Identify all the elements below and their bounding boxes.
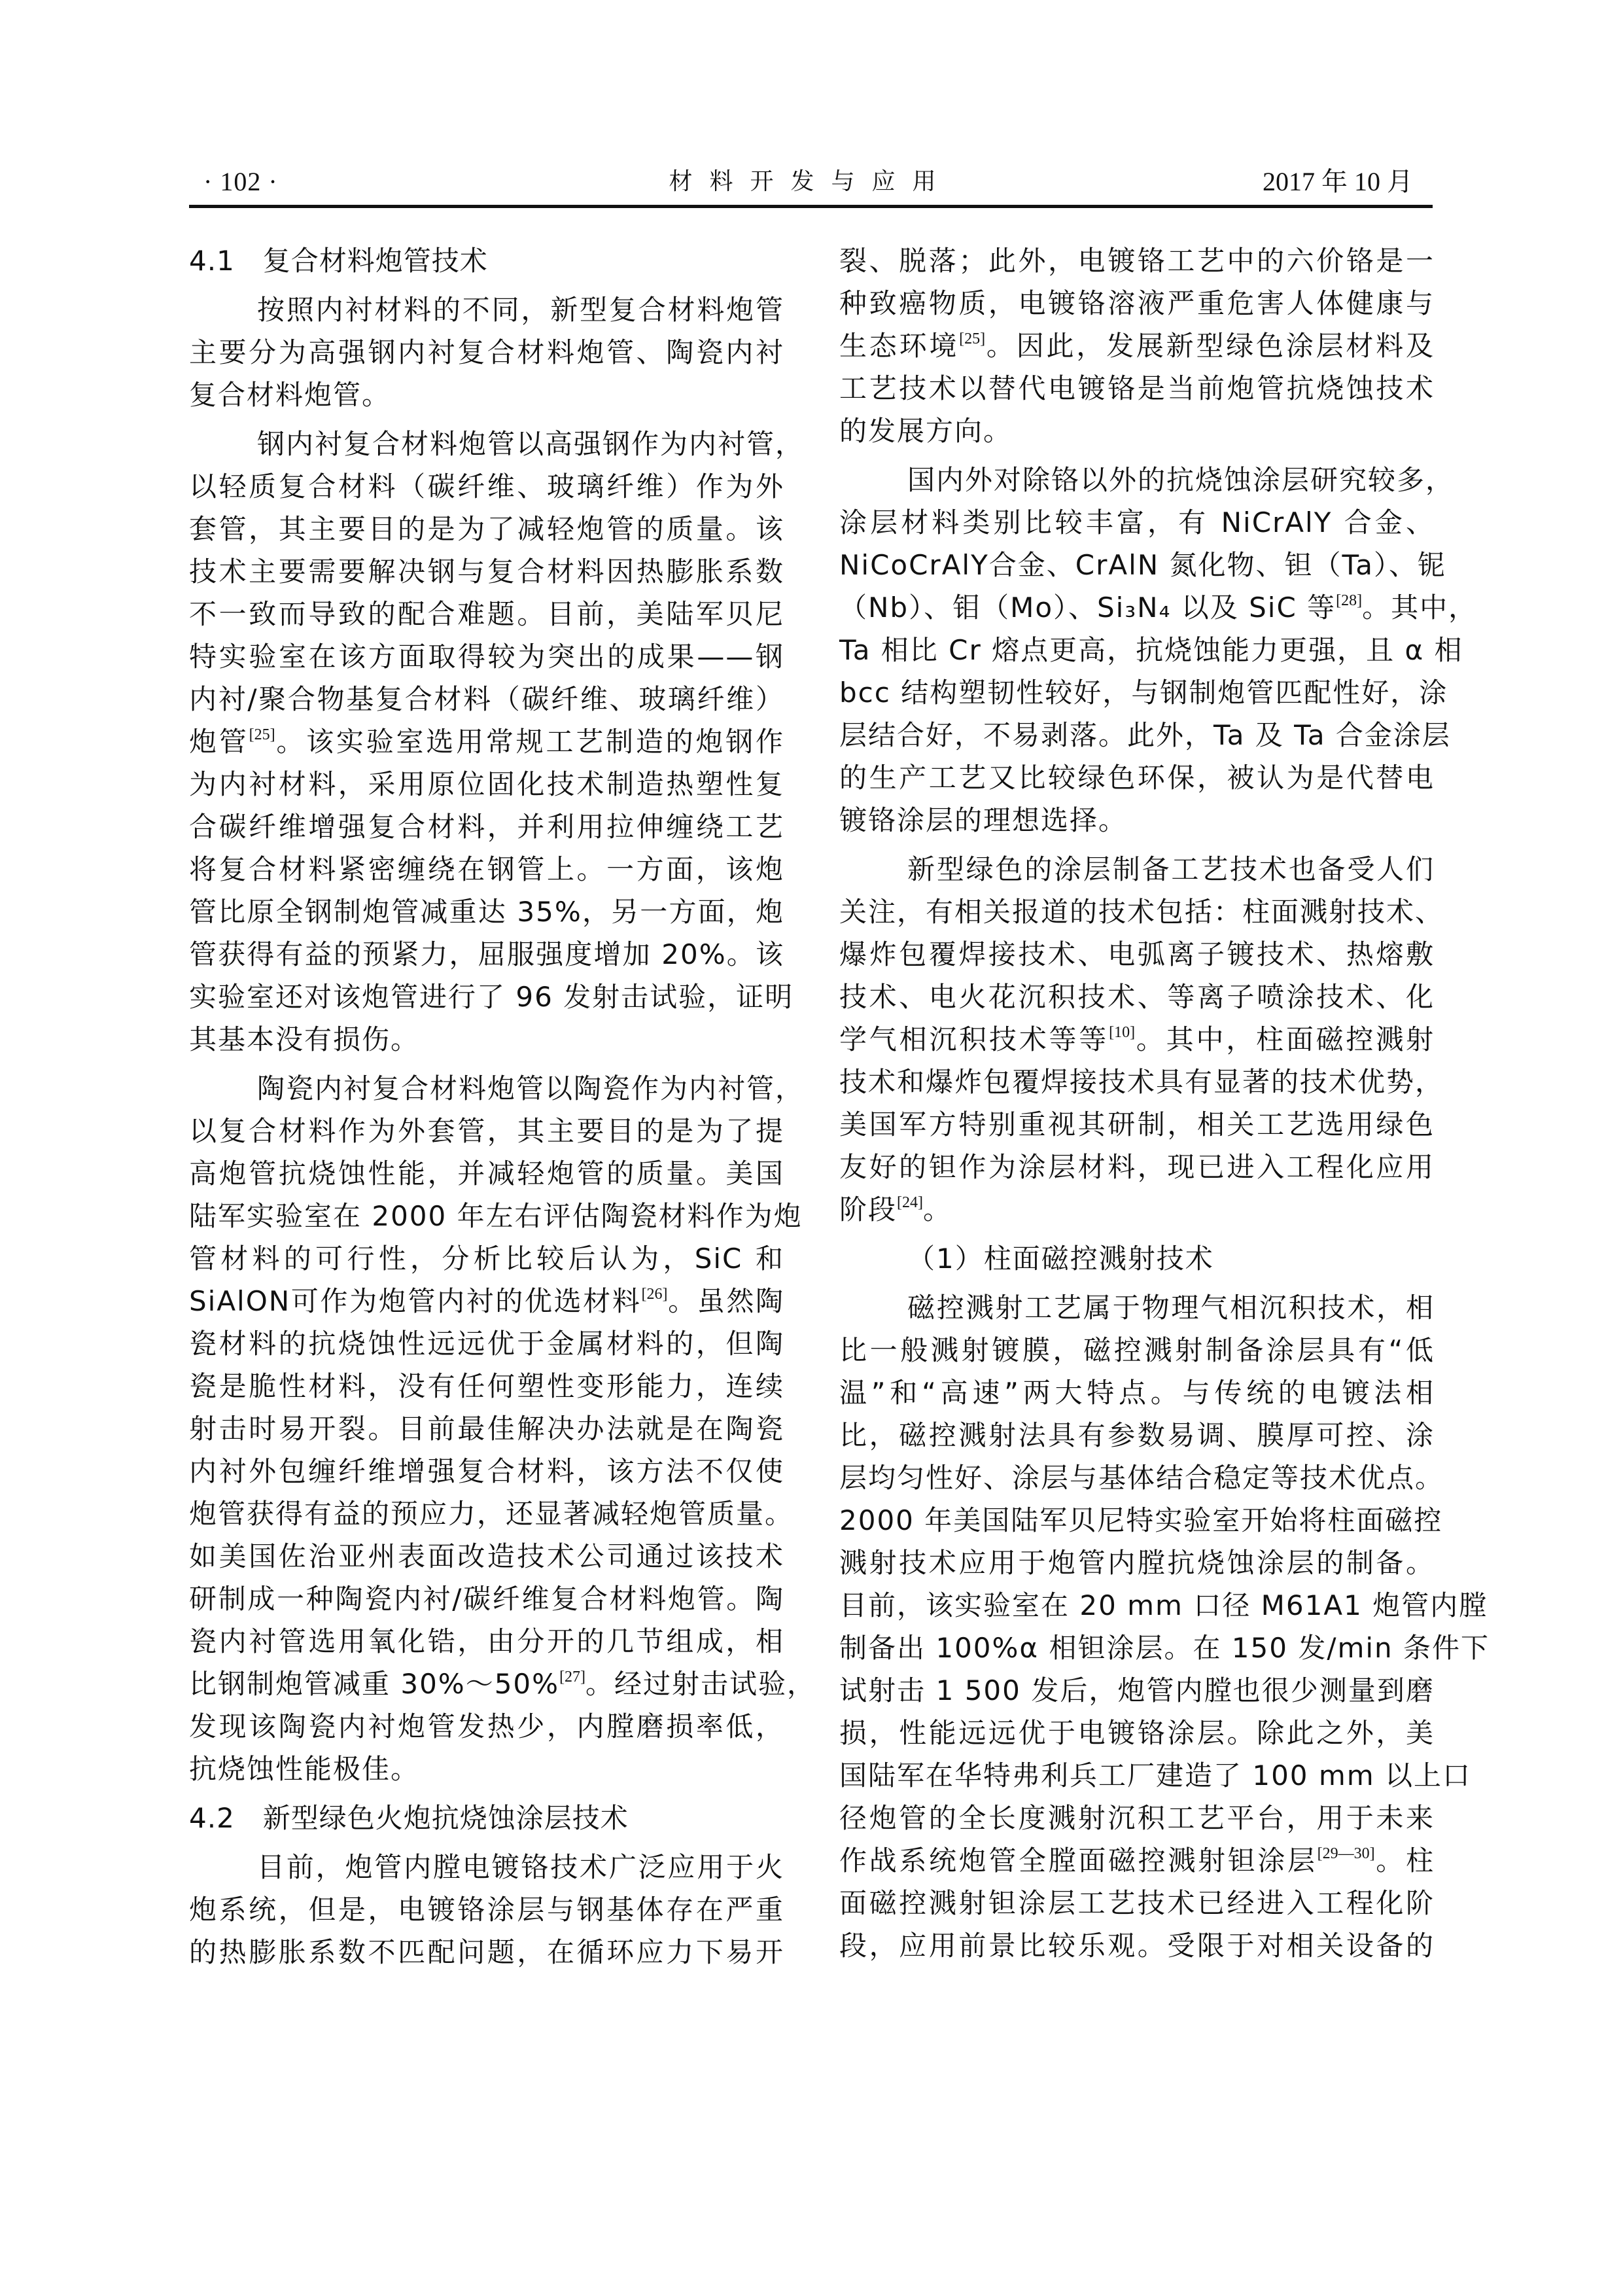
line-text: 技术和爆炸包覆焊接技术具有显著的技术优势， — [839, 1066, 1444, 1098]
line-text: bcc 结构塑韧性较好，与钢制炮管匹配性好，涂 — [839, 677, 1448, 709]
line-text: NiCoCrAlY合金、CrAlN 氮化物、钽（Ta）、铌 — [839, 549, 1446, 581]
line-text: 涂层材料类别比较丰富，有 NiCrAlY 合金、 — [839, 506, 1435, 539]
line-text: 炮系统，但是，电镀铬涂层与钢基体存在严重 — [189, 1894, 784, 1926]
text-line: 磁控溅射工艺属于物理气相沉积技术，相 — [839, 1286, 1435, 1329]
text-line: 陆军实验室在 2000 年左右评估陶瓷材料作为炮 — [189, 1195, 784, 1237]
text-line: 爆炸包覆焊接技术、电弧离子镀技术、热熔敷 — [839, 933, 1435, 976]
line-text: 比钢制炮管减重 30%～50% — [189, 1668, 559, 1700]
subsection-heading: （1）柱面磁控溅射技术 — [839, 1237, 1435, 1280]
text-line: NiCoCrAlY合金、CrAlN 氮化物、钽（Ta）、铌 — [839, 544, 1435, 586]
line-text: 面磁控溅射钽涂层工艺技术已经进入工程化阶 — [839, 1887, 1435, 1919]
line-text: 合碳纤维增强复合材料，并利用拉伸缠绕工艺 — [189, 811, 784, 843]
text-line: 特实验室在该方面取得较为突出的成果——钢 — [189, 635, 784, 678]
text-line: 管材料的可行性，分析比较后认为，SiC 和 — [189, 1237, 784, 1280]
text-line: 技术和爆炸包覆焊接技术具有显著的技术优势， — [839, 1061, 1435, 1103]
citation-ref: [26] — [641, 1286, 667, 1303]
text-line: 径炮管的全长度溅射沉积工艺平台，用于未来 — [839, 1797, 1435, 1839]
line-text: 目前，该实验室在 20 mm 口径 M61A1 炮管内膛 — [839, 1589, 1488, 1621]
citation-ref: [10] — [1109, 1024, 1135, 1041]
text-line: 美国军方特别重视其研制，相关工艺选用绿色 — [839, 1103, 1435, 1146]
line-text: 发现该陶瓷内衬炮管发热少，内膛磨损率低， — [189, 1710, 784, 1742]
line-text: 损，性能远远优于电镀铬涂层。除此之外，美 — [839, 1717, 1435, 1749]
line-text: 以轻质复合材料（碳纤维、玻璃纤维）作为外 — [189, 470, 784, 503]
line-text: 管比原全钢制炮管减重达 35%，另一方面，炮 — [189, 896, 784, 928]
text-line: 管比原全钢制炮管减重达 35%，另一方面，炮 — [189, 891, 784, 933]
line-text: 将复合材料紧密缠绕在钢管上。一方面，该炮 — [189, 853, 784, 885]
text-line: 面磁控溅射钽涂层工艺技术已经进入工程化阶 — [839, 1882, 1435, 1924]
line-text: 管材料的可行性，分析比较后认为，SiC 和 — [189, 1243, 784, 1275]
line-text: 比，磁控溅射法具有参数易调、膜厚可控、涂 — [839, 1419, 1435, 1451]
text-line: （Nb）、钼（Mo）、Si₃N₄ 以及 SiC 等[28]。其中， — [839, 586, 1435, 629]
line-text: 管获得有益的预紧力，屈服强度增加 20%。该 — [189, 938, 784, 970]
text-line: 学气相沉积技术等等[10]。其中，柱面磁控溅射 — [839, 1018, 1435, 1061]
line-text: 温”和“高速”两大特点。与传统的电镀法相 — [839, 1377, 1435, 1409]
line-text: 4.1 复合材料炮管技术 — [189, 245, 488, 277]
text-line: 种致癌物质，电镀铬溶液严重危害人体健康与 — [839, 282, 1435, 325]
citation-ref: [25] — [249, 726, 275, 743]
text-line: 的生产工艺又比较绿色环保，被认为是代替电 — [839, 756, 1435, 799]
text-line: 友好的钽作为涂层材料，现已进入工程化应用 — [839, 1146, 1435, 1188]
citation-ref: [24] — [897, 1194, 923, 1211]
line-text: 陆军实验室在 2000 年左右评估陶瓷材料作为炮 — [189, 1200, 803, 1232]
text-line: 内衬外包缠纤维增强复合材料，该方法不仅使 — [189, 1450, 784, 1492]
line-text: 的生产工艺又比较绿色环保，被认为是代替电 — [839, 762, 1435, 794]
journal-page: · 102 · 材料开发与应用 2017 年 10 月 4.1 复合材料炮管技术… — [0, 0, 1623, 2296]
line-text: 炮管 — [189, 726, 249, 758]
running-header: · 102 · 材料开发与应用 2017 年 10 月 — [189, 164, 1433, 200]
text-line: 管获得有益的预紧力，屈服强度增加 20%。该 — [189, 933, 784, 976]
line-text: 为内衬材料，采用原位固化技术制造热塑性复 — [189, 768, 784, 800]
line-text: 按照内衬材料的不同，新型复合材料炮管 — [257, 294, 784, 326]
section-heading: 4.2 新型绿色火炮抗烧蚀涂层技术 — [189, 1797, 784, 1839]
line-text: 作战系统炮管全膛面磁控溅射钽涂层 — [839, 1845, 1318, 1877]
line-text: 抗烧蚀性能极佳。 — [189, 1753, 419, 1785]
text-line: 高炮管抗烧蚀性能，并减轻炮管的质量。美国 — [189, 1152, 784, 1195]
text-line: 目前，该实验室在 20 mm 口径 M61A1 炮管内膛 — [839, 1584, 1435, 1627]
line-text-continued: 。经过射击试验， — [585, 1668, 816, 1700]
text-line: 比，磁控溅射法具有参数易调、膜厚可控、涂 — [839, 1414, 1435, 1457]
text-line: 裂、脱落；此外，电镀铬工艺中的六价铬是一 — [839, 239, 1435, 282]
text-line: 炮管[25]。该实验室选用常规工艺制造的炮钢作 — [189, 720, 784, 763]
text-line: 2000 年美国陆军贝尼特实验室开始将柱面磁控 — [839, 1499, 1435, 1542]
line-text: 技术主要需要解决钢与复合材料因热膨胀系数 — [189, 556, 784, 588]
line-text-continued: 。其中， — [1362, 592, 1477, 624]
text-line: 瓷材料的抗烧蚀性远远优于金属材料的，但陶 — [189, 1322, 784, 1365]
line-text: 以复合材料作为外套管，其主要目的是为了提 — [189, 1115, 784, 1147]
text-line: 炮管获得有益的预应力，还显著减轻炮管质量。 — [189, 1492, 784, 1535]
text-line: 合碳纤维增强复合材料，并利用拉伸缠绕工艺 — [189, 805, 784, 848]
text-line: 作战系统炮管全膛面磁控溅射钽涂层[29—30]。柱 — [839, 1839, 1435, 1882]
text-line: 技术主要需要解决钢与复合材料因热膨胀系数 — [189, 550, 784, 593]
line-text: 溅射技术应用于炮管内膛抗烧蚀涂层的制备。 — [839, 1547, 1435, 1579]
line-text: 段，应用前景比较乐观。受限于对相关设备的 — [839, 1930, 1435, 1962]
line-text: 试射击 1 500 发后，炮管内膛也很少测量到磨 — [839, 1674, 1435, 1706]
text-line: 生态环境[25]。因此，发展新型绿色涂层材料及 — [839, 325, 1435, 367]
line-text: 复合材料炮管。 — [189, 379, 391, 411]
line-text: 其基本没有损伤。 — [189, 1023, 419, 1055]
text-line: 段，应用前景比较乐观。受限于对相关设备的 — [839, 1924, 1435, 1967]
line-text: 关注，有相关报道的技术包括：柱面溅射技术、 — [839, 896, 1444, 928]
line-text: 生态环境 — [839, 330, 959, 362]
line-text: 径炮管的全长度溅射沉积工艺平台，用于未来 — [839, 1802, 1435, 1834]
section-heading: 4.1 复合材料炮管技术 — [189, 239, 784, 282]
line-text: 新型绿色的涂层制备工艺技术也备受人们 — [907, 853, 1435, 885]
line-text: 射击时易开裂。目前最佳解决办法就是在陶瓷 — [189, 1413, 784, 1445]
text-line: 炮系统，但是，电镀铬涂层与钢基体存在严重 — [189, 1888, 784, 1931]
line-text: 瓷内衬管选用氧化锆，由分开的几节组成，相 — [189, 1625, 784, 1657]
line-text-continued: 。柱 — [1375, 1845, 1435, 1877]
text-line: 复合材料炮管。 — [189, 374, 784, 416]
line-text: 层结合好，不易剥落。此外，Ta 及 Ta 合金涂层 — [839, 719, 1451, 751]
line-text: 的发展方向。 — [839, 415, 1012, 447]
text-line: 国内外对除铬以外的抗烧蚀涂层研究较多， — [839, 459, 1435, 501]
text-line: 涂层材料类别比较丰富，有 NiCrAlY 合金、 — [839, 501, 1435, 544]
line-text: 炮管获得有益的预应力，还显著减轻炮管质量。 — [189, 1498, 794, 1530]
line-text: （Nb）、钼（Mo）、Si₃N₄ 以及 SiC 等 — [839, 592, 1336, 624]
line-text: 套管，其主要目的是为了减轻炮管的质量。该 — [189, 513, 784, 545]
line-text-continued: 。 — [923, 1193, 952, 1226]
line-text: 如美国佐治亚州表面改造技术公司通过该技术 — [189, 1540, 784, 1572]
text-line: 陶瓷内衬复合材料炮管以陶瓷作为内衬管， — [189, 1067, 784, 1110]
line-text: 实验室还对该炮管进行了 96 发射击试验，证明 — [189, 981, 794, 1013]
text-line: 层结合好，不易剥落。此外，Ta 及 Ta 合金涂层 — [839, 714, 1435, 756]
line-text: 镀铬涂层的理想选择。 — [839, 804, 1127, 836]
citation-ref: [29—30] — [1318, 1845, 1375, 1862]
line-text: 目前，炮管内膛电镀铬技术广泛应用于火 — [257, 1851, 784, 1883]
text-line: 以轻质复合材料（碳纤维、玻璃纤维）作为外 — [189, 465, 784, 508]
line-text-continued: 。虽然陶 — [667, 1285, 784, 1317]
citation-ref: [27] — [559, 1669, 585, 1686]
text-line: 瓷内衬管选用氧化锆，由分开的几节组成，相 — [189, 1620, 784, 1663]
line-text: 友好的钽作为涂层材料，现已进入工程化应用 — [839, 1151, 1435, 1183]
line-text: 钢内衬复合材料炮管以高强钢作为内衬管， — [257, 428, 804, 460]
text-line: 内衬/聚合物基复合材料（碳纤维、玻璃纤维） — [189, 678, 784, 720]
text-line: Ta 相比 Cr 熔点更高，抗烧蚀能力更强，且 α 相 — [839, 629, 1435, 671]
line-text: 学气相沉积技术等等 — [839, 1023, 1109, 1055]
line-text: 内衬/聚合物基复合材料（碳纤维、玻璃纤维） — [189, 683, 784, 715]
text-line: 工艺技术以替代电镀铬是当前炮管抗烧蚀技术 — [839, 367, 1435, 410]
text-line: 发现该陶瓷内衬炮管发热少，内膛磨损率低， — [189, 1705, 784, 1748]
text-line: 比钢制炮管减重 30%～50%[27]。经过射击试验， — [189, 1663, 784, 1705]
text-line: 的发展方向。 — [839, 410, 1435, 452]
text-line: 抗烧蚀性能极佳。 — [189, 1748, 784, 1790]
line-text: 瓷材料的抗烧蚀性远远优于金属材料的，但陶 — [189, 1328, 784, 1360]
line-text-continued: 。因此，发展新型绿色涂层材料及 — [985, 330, 1435, 362]
text-line: 射击时易开裂。目前最佳解决办法就是在陶瓷 — [189, 1407, 784, 1450]
text-line: SiAlON可作为炮管内衬的优选材料[26]。虽然陶 — [189, 1280, 784, 1322]
text-line: 制备出 100%α 相钽涂层。在 150 发/min 条件下 — [839, 1627, 1435, 1669]
line-text: 阶段 — [839, 1193, 897, 1226]
line-text: 裂、脱落；此外，电镀铬工艺中的六价铬是一 — [839, 245, 1435, 277]
text-line: 主要分为高强钢内衬复合材料炮管、陶瓷内衬 — [189, 331, 784, 374]
text-line: 溅射技术应用于炮管内膛抗烧蚀涂层的制备。 — [839, 1542, 1435, 1584]
line-text: 技术、电火花沉积技术、等离子喷涂技术、化 — [839, 981, 1435, 1013]
text-line: 镀铬涂层的理想选择。 — [839, 799, 1435, 841]
line-text: SiAlON可作为炮管内衬的优选材料 — [189, 1285, 641, 1317]
line-text: 制备出 100%α 相钽涂层。在 150 发/min 条件下 — [839, 1632, 1490, 1664]
text-line: 套管，其主要目的是为了减轻炮管的质量。该 — [189, 508, 784, 550]
text-line: 技术、电火花沉积技术、等离子喷涂技术、化 — [839, 976, 1435, 1018]
text-line: 不一致而导致的配合难题。目前，美陆军贝尼 — [189, 593, 784, 635]
text-line: 按照内衬材料的不同，新型复合材料炮管 — [189, 289, 784, 331]
text-line: 瓷是脆性材料，没有任何塑性变形能力，连续 — [189, 1365, 784, 1407]
text-line: 新型绿色的涂层制备工艺技术也备受人们 — [839, 848, 1435, 891]
text-line: 将复合材料紧密缠绕在钢管上。一方面，该炮 — [189, 848, 784, 891]
line-text: 的热膨胀系数不匹配问题，在循环应力下易开 — [189, 1936, 784, 1968]
text-line: 其基本没有损伤。 — [189, 1018, 784, 1061]
line-text-continued: 。其中，柱面磁控溅射 — [1135, 1023, 1435, 1055]
line-text: 国内外对除铬以外的抗烧蚀涂层研究较多， — [907, 464, 1454, 496]
header-rule — [189, 205, 1433, 208]
text-line: 损，性能远远优于电镀铬涂层。除此之外，美 — [839, 1712, 1435, 1754]
citation-ref: [25] — [959, 330, 985, 347]
line-text-continued: 。该实验室选用常规工艺制造的炮钢作 — [275, 726, 784, 758]
line-text: 4.2 新型绿色火炮抗烧蚀涂层技术 — [189, 1802, 629, 1834]
text-line: 层均匀性好、涂层与基体结合稳定等技术优点。 — [839, 1457, 1435, 1499]
journal-title: 材料开发与应用 — [189, 164, 1433, 200]
line-text: Ta 相比 Cr 熔点更高，抗烧蚀能力更强，且 α 相 — [839, 634, 1463, 666]
line-text: （1）柱面磁控溅射技术 — [907, 1243, 1214, 1275]
text-line: 的热膨胀系数不匹配问题，在循环应力下易开 — [189, 1931, 784, 1973]
line-text: 种致癌物质，电镀铬溶液严重危害人体健康与 — [839, 287, 1435, 319]
line-text: 高炮管抗烧蚀性能，并减轻炮管的质量。美国 — [189, 1157, 784, 1190]
line-text: 主要分为高强钢内衬复合材料炮管、陶瓷内衬 — [189, 336, 784, 368]
citation-ref: [28] — [1336, 592, 1362, 609]
line-text: 2000 年美国陆军贝尼特实验室开始将柱面磁控 — [839, 1504, 1442, 1536]
text-line: 关注，有相关报道的技术包括：柱面溅射技术、 — [839, 891, 1435, 933]
line-text: 不一致而导致的配合难题。目前，美陆军贝尼 — [189, 598, 784, 630]
line-text: 特实验室在该方面取得较为突出的成果——钢 — [189, 641, 784, 673]
text-line: 国陆军在华特弗利兵工厂建造了 100 mm 以上口 — [839, 1754, 1435, 1797]
line-text: 陶瓷内衬复合材料炮管以陶瓷作为内衬管， — [257, 1072, 804, 1104]
text-line: 比一般溅射镀膜，磁控溅射制备涂层具有“低 — [839, 1329, 1435, 1371]
text-line: 阶段[24]。 — [839, 1188, 1435, 1231]
line-text: 层均匀性好、涂层与基体结合稳定等技术优点。 — [839, 1462, 1444, 1494]
line-text: 研制成一种陶瓷内衬/碳纤维复合材料炮管。陶 — [189, 1583, 784, 1615]
line-text: 内衬外包缠纤维增强复合材料，该方法不仅使 — [189, 1455, 784, 1487]
issue-date: 2017 年 10 月 — [1263, 164, 1413, 200]
line-text: 瓷是脆性材料，没有任何塑性变形能力，连续 — [189, 1370, 784, 1402]
line-text: 比一般溅射镀膜，磁控溅射制备涂层具有“低 — [839, 1334, 1435, 1366]
line-text: 磁控溅射工艺属于物理气相沉积技术，相 — [907, 1292, 1435, 1324]
line-text: 工艺技术以替代电镀铬是当前炮管抗烧蚀技术 — [839, 372, 1435, 404]
line-text: 美国军方特别重视其研制，相关工艺选用绿色 — [839, 1108, 1435, 1140]
line-text: 国陆军在华特弗利兵工厂建造了 100 mm 以上口 — [839, 1759, 1471, 1792]
text-line: 为内衬材料，采用原位固化技术制造热塑性复 — [189, 763, 784, 805]
text-line: 试射击 1 500 发后，炮管内膛也很少测量到磨 — [839, 1669, 1435, 1712]
text-line: 钢内衬复合材料炮管以高强钢作为内衬管， — [189, 423, 784, 465]
text-line: 目前，炮管内膛电镀铬技术广泛应用于火 — [189, 1846, 784, 1888]
text-line: 温”和“高速”两大特点。与传统的电镀法相 — [839, 1371, 1435, 1414]
text-line: 如美国佐治亚州表面改造技术公司通过该技术 — [189, 1535, 784, 1578]
line-text: 爆炸包覆焊接技术、电弧离子镀技术、热熔敷 — [839, 938, 1435, 970]
text-line: bcc 结构塑韧性较好，与钢制炮管匹配性好，涂 — [839, 671, 1435, 714]
text-line: 实验室还对该炮管进行了 96 发射击试验，证明 — [189, 976, 784, 1018]
text-line: 研制成一种陶瓷内衬/碳纤维复合材料炮管。陶 — [189, 1578, 784, 1620]
text-line: 以复合材料作为外套管，其主要目的是为了提 — [189, 1110, 784, 1152]
